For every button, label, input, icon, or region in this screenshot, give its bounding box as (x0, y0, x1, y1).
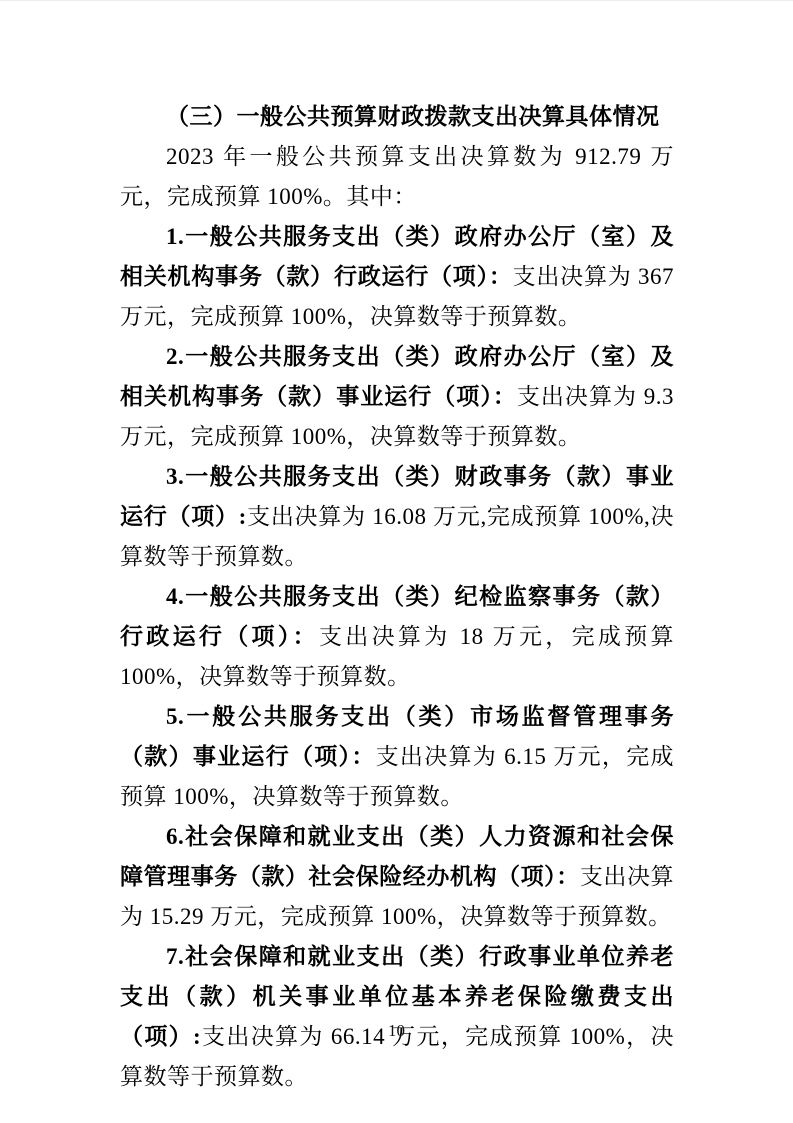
document-body: （三）一般公共预算财政拨款支出决算具体情况 2023 年一般公共预算支出决算数为… (120, 97, 674, 1097)
budget-item-7: 7.社会保障和就业支出（类）行政事业单位养老支出（款）机关事业单位基本养老保险缴… (120, 937, 674, 1097)
budget-item-3: 3.一般公共服务支出（类）财政事务（款）事业运行（项）:支出决算为 16.08 … (120, 457, 674, 577)
budget-item-2: 2.一般公共服务支出（类）政府办公厅（室）及相关机构事务（款）事业运行（项）：支… (120, 337, 674, 457)
budget-item-1: 1.一般公共服务支出（类）政府办公厅（室）及相关机构事务（款）行政运行（项）：支… (120, 217, 674, 337)
budget-item-4: 4.一般公共服务支出（类）纪检监察事务（款）行政运行（项）：支出决算为 18 万… (120, 577, 674, 697)
section-heading: （三）一般公共预算财政拨款支出决算具体情况 (120, 97, 674, 137)
document-page: （三）一般公共预算财政拨款支出决算具体情况 2023 年一般公共预算支出决算数为… (0, 0, 793, 1123)
budget-item-5: 5.一般公共服务支出（类）市场监督管理事务（款）事业运行（项）：支出决算为 6.… (120, 697, 674, 817)
budget-item-6: 6.社会保障和就业支出（类）人力资源和社会保障管理事务（款）社会保险经办机构（项… (120, 817, 674, 937)
intro-paragraph: 2023 年一般公共预算支出决算数为 912.79 万元，完成预算 100%。其… (120, 137, 674, 217)
page-number: 10 (0, 1021, 793, 1041)
